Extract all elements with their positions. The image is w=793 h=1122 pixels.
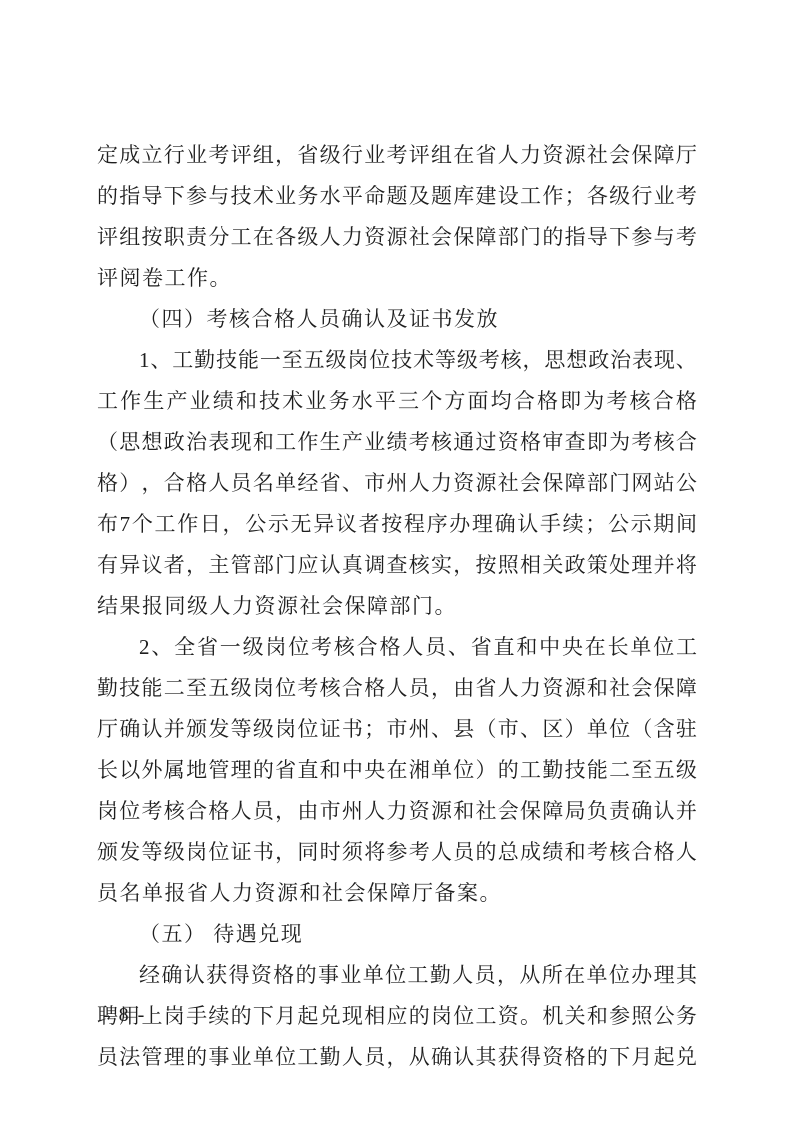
section-heading: （四）考核合格人员确认及证书发放 — [97, 299, 697, 340]
text-line: 有异议者，主管部门应认真调查核实，按照相关政策处理并将 — [97, 545, 697, 586]
text-line: 岗位考核合格人员，由市州人力资源和社会保障局负责确认并 — [97, 791, 697, 832]
text-line: 评组按职责分工在各级人力资源社会保障部门的指导下参与考 — [97, 217, 697, 258]
text-line: 长以外属地管理的省直和中央在湘单位）的工勤技能二至五级 — [97, 750, 697, 791]
document-page: 定成立行业考评组，省级行业考评组在省人力资源社会保障厅的指导下参与技术业务水平命… — [0, 0, 793, 1122]
text-line: 布7个工作日，公示无异议者按程序办理确认手续；公示期间 — [97, 504, 697, 545]
text-line: 格），合格人员名单经省、市州人力资源社会保障部门网站公 — [97, 463, 697, 504]
text-line: 的指导下参与技术业务水平命题及题库建设工作；各级行业考 — [97, 176, 697, 217]
text-line: 2、全省一级岗位考核合格人员、省直和中央在长单位工 — [97, 627, 697, 668]
text-line: 勤技能二至五级岗位考核合格人员，由省人力资源和社会保障 — [97, 668, 697, 709]
text-line: 聘用上岗手续的下月起兑现相应的岗位工资。机关和参照公务 — [97, 996, 697, 1037]
text-line: 定成立行业考评组，省级行业考评组在省人力资源社会保障厅 — [97, 135, 697, 176]
text-line: 结果报同级人力资源社会保障部门。 — [97, 586, 697, 627]
text-line: 1、工勤技能一至五级岗位技术等级考核，思想政治表现、 — [97, 340, 697, 381]
text-line: 颁发等级岗位证书，同时须将参考人员的总成绩和考核合格人 — [97, 832, 697, 873]
text-line: 评阅卷工作。 — [97, 258, 697, 299]
text-line: 工作生产业绩和技术业务水平三个方面均合格即为考核合格 — [97, 381, 697, 422]
section-heading: （五） 待遇兑现 — [97, 914, 697, 955]
text-line: （思想政治表现和工作生产业绩考核通过资格审查即为考核合 — [97, 422, 697, 463]
text-line: 厅确认并颁发等级岗位证书；市州、县（市、区）单位（含驻 — [97, 709, 697, 750]
text-line: 员名单报省人力资源和社会保障厅备案。 — [97, 873, 697, 914]
text-line: 员法管理的事业单位工勤人员，从确认其获得资格的下月起兑 — [97, 1037, 697, 1078]
text-line: 经确认获得资格的事业单位工勤人员，从所在单位办理其 — [97, 955, 697, 996]
text-block: 定成立行业考评组，省级行业考评组在省人力资源社会保障厅的指导下参与技术业务水平命… — [97, 135, 697, 1078]
page-number: - 8 - — [103, 1000, 146, 1030]
